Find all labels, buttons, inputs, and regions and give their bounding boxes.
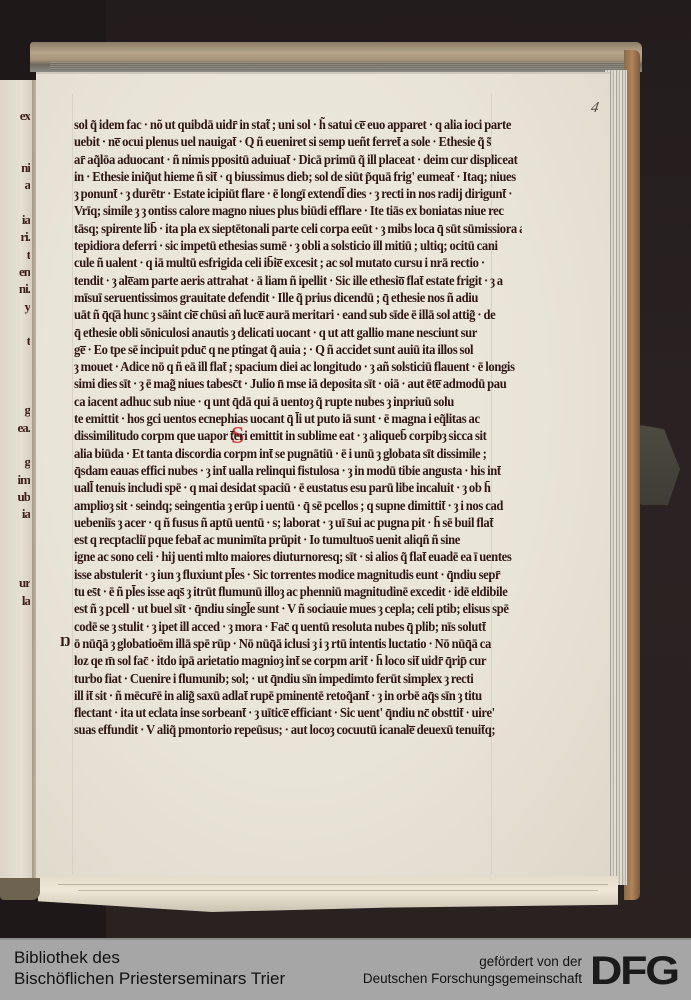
left-page-fragment — [0, 540, 30, 557]
ruling-line-left — [72, 94, 73, 874]
left-facing-page: ex nia iari.tenni.y t gea. gimubia urla — [0, 80, 36, 880]
left-page-fragment: ex — [0, 107, 30, 124]
library-name-line2: Bischöflichen Priesterseminars Trier — [14, 968, 285, 989]
left-page-fragment: ur — [0, 574, 30, 591]
funding-credit: gefördert von der Deutschen Forschungsge… — [363, 953, 582, 987]
funding-line1: gefördert von der — [363, 953, 582, 970]
footer-banner: Bibliothek des Bischöflichen Priestersem… — [0, 938, 691, 1000]
left-page-fragment — [0, 522, 30, 539]
manuscript-line: cule ñ ualent · q iā multū esfrigida cel… — [74, 255, 522, 273]
manuscript-line: sol q̃ idem fac · nõ ut quibdā uidr̄ in … — [74, 117, 522, 135]
left-page-fragment: ri. — [0, 228, 30, 245]
left-page-fragment: la — [0, 592, 30, 609]
manuscript-line: flectant · ita ut eclata inse sorbeant̄ … — [74, 705, 522, 723]
manuscript-line: igne ac sono celi · hij uenti mlto maior… — [74, 549, 522, 567]
manuscript-line: tu es̄t · ē ñ pl̄es isse aqs̄ ȝ itrūt fl… — [74, 584, 522, 602]
leather-clasp — [640, 425, 680, 505]
left-page-fragment: ia — [0, 505, 30, 522]
left-page-fragment: ub — [0, 488, 30, 505]
manuscript-line: ō nūq̄ā ȝ globatioēm illā spē rūp · Nō n… — [74, 635, 522, 653]
left-page-fragment — [0, 315, 30, 332]
manuscript-page: 4 Ŋ S sol q̃ idem fac · nõ ut quibdā uid… — [36, 72, 610, 880]
manuscript-line: tepidiora deferri · sic impetū ethesias … — [74, 238, 522, 256]
manuscript-line: ȝ mouet · Adice nō q ñ eā ill flat̄ ; sp… — [74, 359, 522, 377]
left-page-fragment: im — [0, 471, 30, 488]
left-page-fragment — [0, 384, 30, 401]
left-page-fragment — [0, 609, 30, 610]
left-page-fragment: ia — [0, 211, 30, 228]
left-binding-corner — [0, 878, 40, 900]
manuscript-line: te emittit · hos gci uentos ecnephias uo… — [74, 411, 522, 429]
manuscript-line: mīsuī seruentissimos grauitate defendit … — [74, 290, 522, 308]
manuscript-line: tāsq; spirente lib̄ · ita pla ex sieptēt… — [74, 220, 522, 238]
manuscript-text-block: S sol q̃ idem fac · nõ ut quibdā uidr̄ i… — [74, 117, 522, 740]
left-page-fragment — [0, 194, 30, 211]
left-page-fragment — [0, 142, 30, 159]
left-page-fragment: t — [0, 332, 30, 349]
manuscript-line: isse abstulerit · ȝ iun ȝ fluxiunt pl̄es… — [74, 566, 522, 584]
left-page-fragment: en — [0, 263, 30, 280]
manuscript-line: ȝ ponunt̄ · ȝ durētr · Estate icipiūt fl… — [74, 186, 522, 204]
manuscript-line: est ñ ȝ pcell · ut buel sīt · q̄ndiu sin… — [74, 601, 522, 619]
manuscript-line: uāt ñ q̄ɋ̄ā hunc ȝ sāint cie̅ chūsi añ l… — [74, 307, 522, 325]
left-page-fragment: g — [0, 453, 30, 470]
manuscript-line: est q recptacliī pque febat̄ ac munimīta… — [74, 532, 522, 550]
left-page-fragment: ni — [0, 159, 30, 176]
manuscript-line: in · Ethesie iniq̃ut hieme ñ sit̄ · q bi… — [74, 168, 522, 186]
manuscript-line: uebeniīs ȝ acer · q ñ fusus ñ aptū uentū… — [74, 514, 522, 532]
left-page-fragment — [0, 367, 30, 384]
manuscript-line: ca iacent adhuc sub niue · q unt q̄dā qu… — [74, 393, 522, 411]
folio-number: 4 — [590, 100, 600, 117]
book-bottom-edge — [38, 876, 618, 912]
left-page-fragment — [0, 436, 30, 453]
manuscript-line: turbo fiat · Cuenire i flumunib; sol; · … — [74, 670, 522, 688]
manuscript-line: tendit · ȝ ale̅am parte aeris attrahat ·… — [74, 272, 522, 290]
left-page-fragment: g — [0, 401, 30, 418]
left-page-fragment — [0, 557, 30, 574]
library-credit: Bibliothek des Bischöflichen Priestersem… — [14, 947, 285, 989]
manuscript-line: loz qe m̄ sol fac̄ · itdo ipā arietatio … — [74, 653, 522, 671]
left-page-fragment — [0, 90, 30, 107]
manuscript-line: ge̅ · Eo tpe sē incipuit pduc̄ q ne ptin… — [74, 341, 522, 359]
left-page-fragment: ni. — [0, 280, 30, 297]
left-page-text: ex nia iari.tenni.y t gea. gimubia urla — [0, 90, 30, 610]
manuscript-line: uall̄ tenuis includi spē · q mai desidat… — [74, 480, 522, 498]
manuscript-line: suas effundit · V aliq̃ pmontorio repeūs… — [74, 722, 522, 740]
left-page-fragment: a — [0, 176, 30, 193]
marginal-mark: Ŋ — [60, 635, 71, 651]
manuscript-line: Vrīq; simile ȝ ȝ ontiss calore magno niu… — [74, 203, 522, 221]
left-page-fragment: y — [0, 298, 30, 315]
manuscript-line: amplioȝ sit · seindq; seingentia ȝ erūp … — [74, 497, 522, 515]
manuscript-line: q̄sdam eauas effici nubes · ȝ int̄ ualla… — [74, 463, 522, 481]
book-top-edge — [30, 42, 642, 72]
left-page-fragment: ea. — [0, 419, 30, 436]
manuscript-line: codē se ȝ stulit · ȝ ipet ill acced · ȝ … — [74, 618, 522, 636]
manuscript-scan: ex nia iari.tenni.y t gea. gimubia urla … — [0, 0, 691, 938]
left-page-fragment — [0, 349, 30, 366]
manuscript-line: q̄ ethesie obli sōniculosi anautis ȝ del… — [74, 324, 522, 342]
manuscript-line: simi dies sīt · ȝ ē mag̃ niues tabesc̄t … — [74, 376, 522, 394]
manuscript-line: ar̄ aq̃lōa aduocant · ñ nimis ppositū ad… — [74, 151, 522, 169]
manuscript-line: ill it̄ sit · ñ mēcur̄ē in alig̃ saxū ad… — [74, 687, 522, 705]
left-page-fragment — [0, 125, 30, 142]
funding-line2: Deutschen Forschungsgemeinschaft — [363, 970, 582, 987]
left-page-fragment: t — [0, 246, 30, 263]
dfg-logo: DFG — [590, 953, 691, 989]
library-name-line1: Bibliothek des — [14, 947, 285, 968]
manuscript-line: alia biūda · Et tanta discordia corpm in… — [74, 445, 522, 463]
manuscript-line: uebit · ne̅ ocui plenus uel nauigat̄ · Q… — [74, 134, 522, 152]
manuscript-line: dissimilitudo corpm que uapor t̄eri emit… — [74, 428, 522, 446]
